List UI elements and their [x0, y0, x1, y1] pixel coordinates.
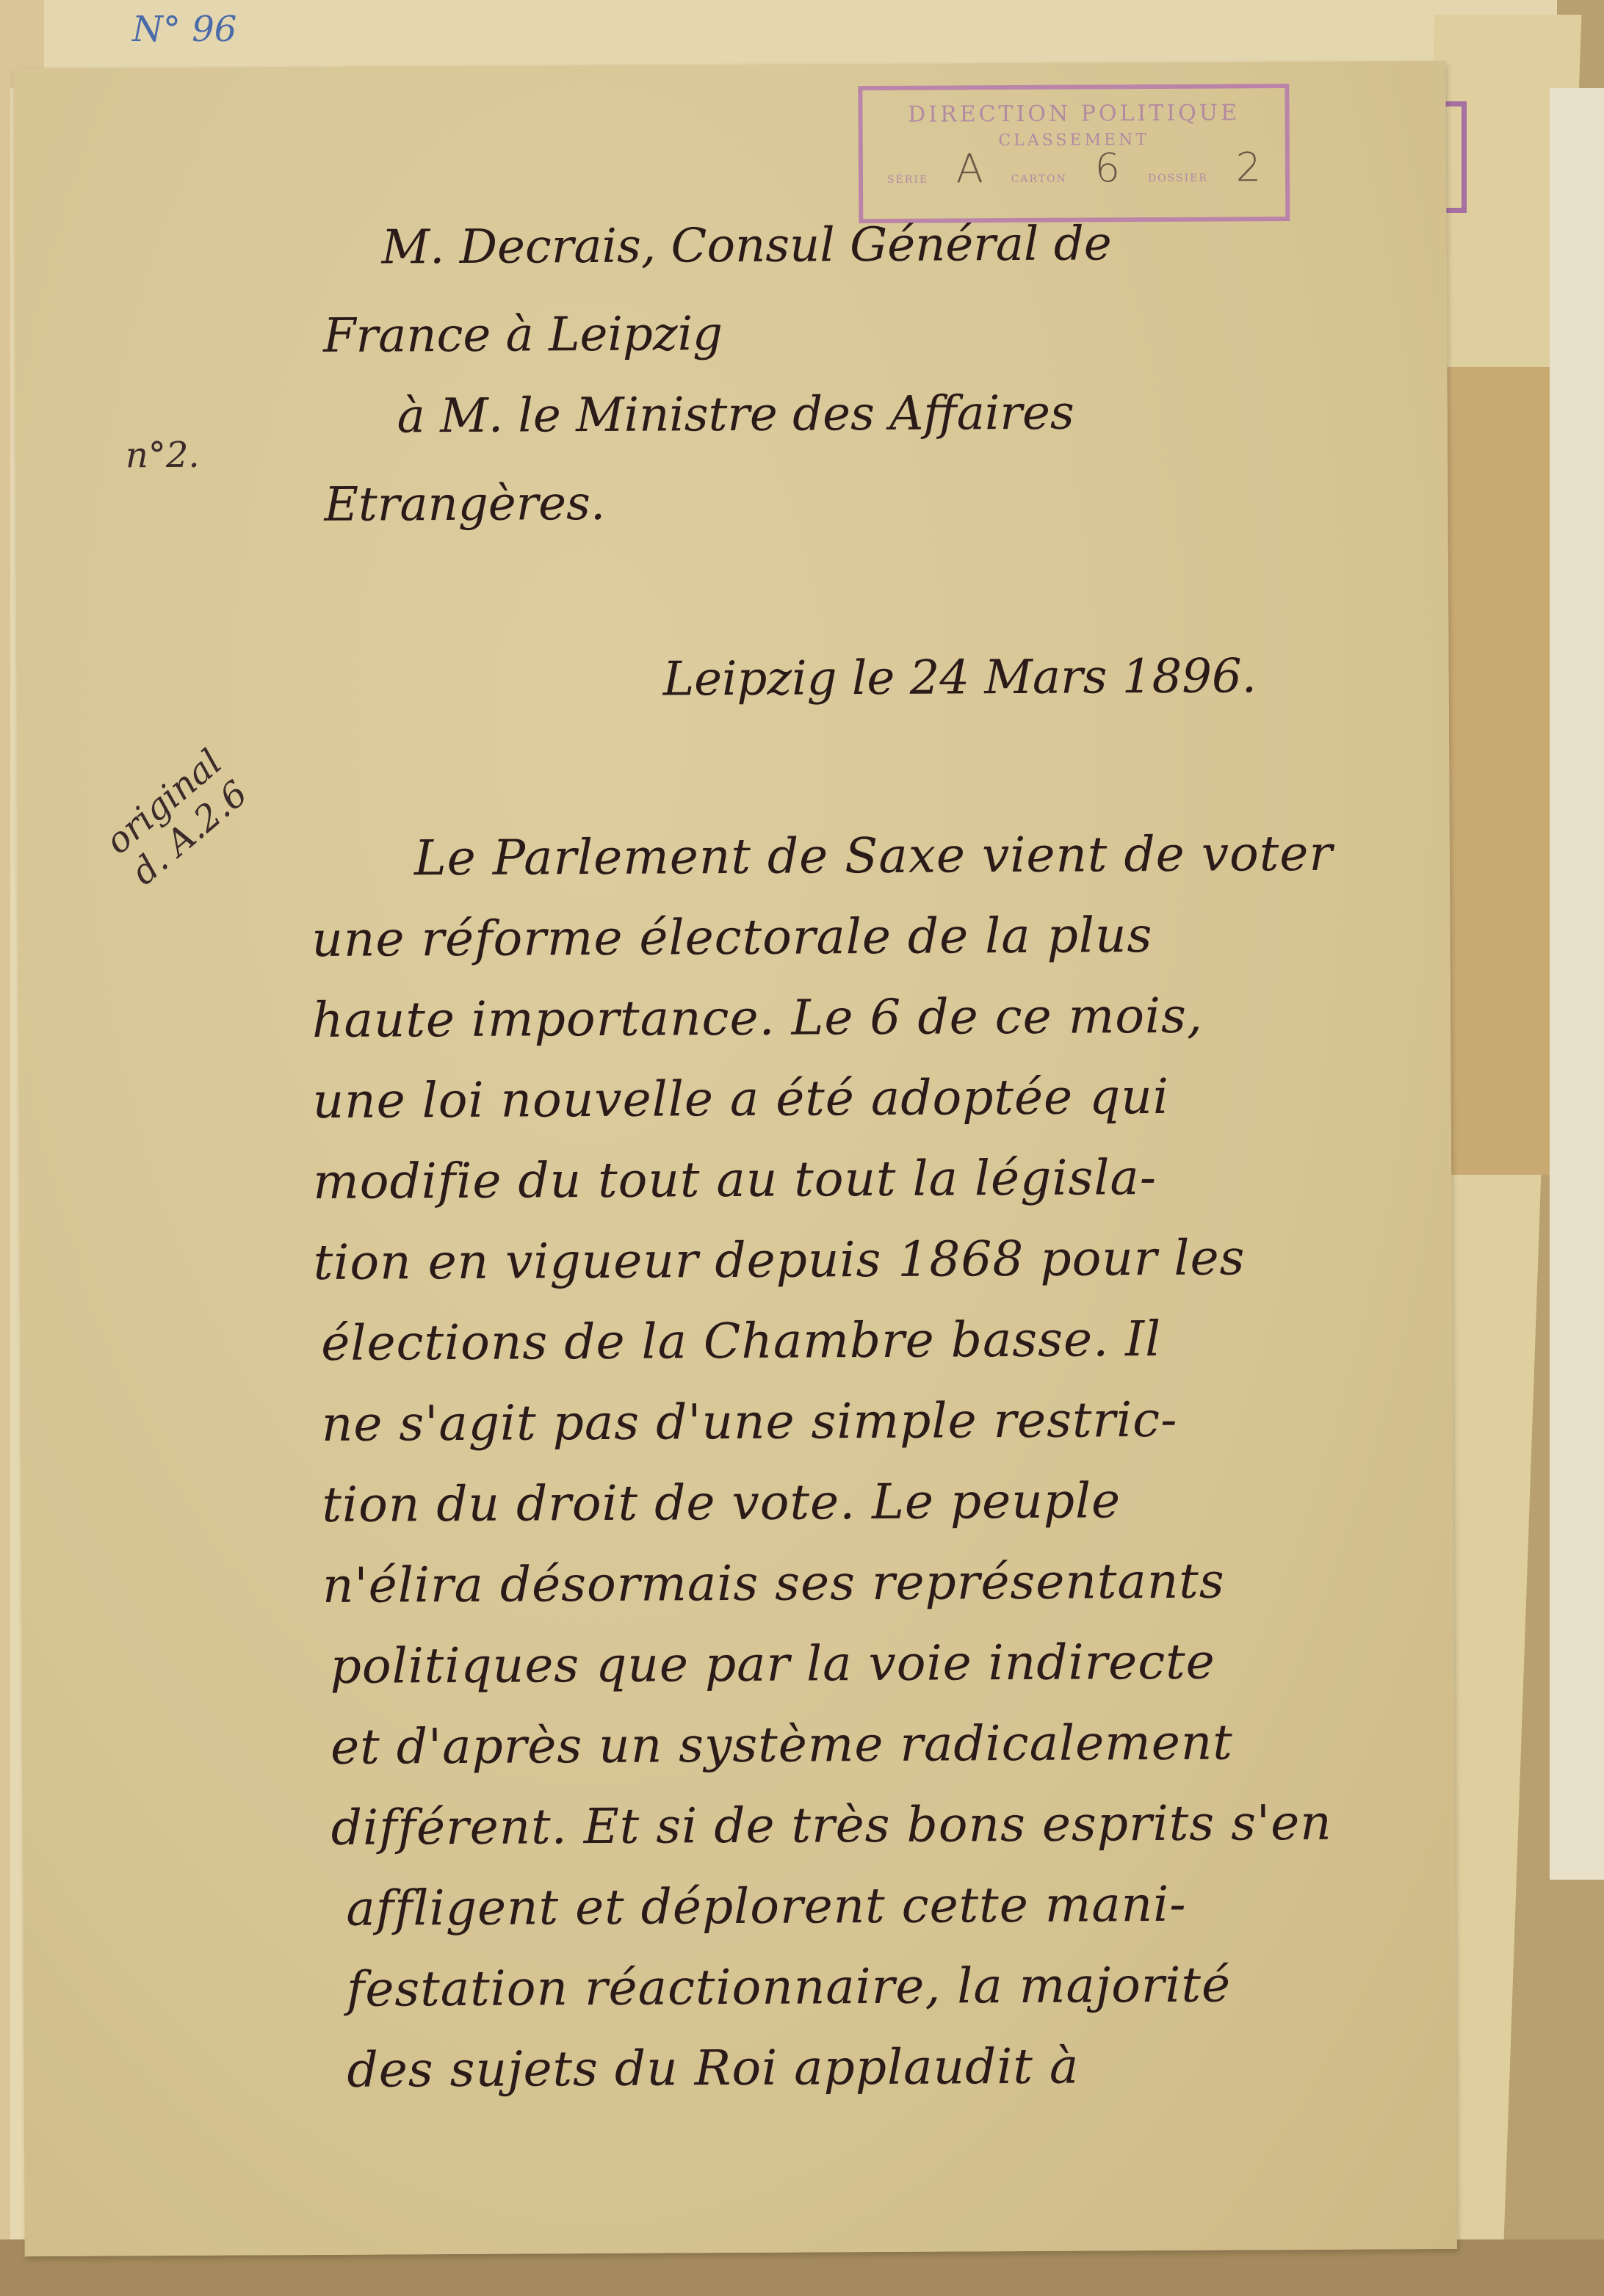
stamp-fields: SÉRIE A CARTON 6 DOSSIER 2 [863, 144, 1285, 192]
body-line: ne s'agit pas d'une simple restric- [322, 1391, 1178, 1452]
background-sheet [1550, 88, 1604, 1880]
header-line: France à Leipzig [323, 307, 723, 363]
stamp-title: DIRECTION POLITIQUE [862, 100, 1285, 128]
letter-page: DIRECTION POLITIQUE CLASSEMENT SÉRIE A C… [13, 61, 1457, 2256]
margin-note: original d. A.2.6 [98, 742, 256, 894]
body-line: une réforme électorale de la plus [311, 907, 1152, 968]
header-line: M. Decrais, Consul Général de [381, 217, 1111, 275]
stamp-carton-value: 6 [1094, 145, 1120, 191]
body-line: des sujets du Roi applaudit à [347, 2038, 1079, 2098]
body-line: n'élira désormais ses représentants [322, 1553, 1225, 1614]
background-scribble: N° 96 [132, 9, 236, 50]
body-line: Le Parlement de Saxe vient de voter [414, 825, 1333, 887]
header-line: à M. le Ministre des Affaires [397, 386, 1074, 444]
background-sheet [1439, 367, 1550, 1175]
stamp-serie-value: A [956, 145, 983, 192]
classification-stamp: DIRECTION POLITIQUE CLASSEMENT SÉRIE A C… [858, 84, 1290, 223]
body-line: modifie du tout au tout la législa- [313, 1149, 1157, 1210]
body-line: festation réactionnaire, la majorité [347, 1956, 1232, 2017]
stamp-dossier-value: 2 [1235, 144, 1261, 190]
stamp-serie-label: SÉRIE [887, 174, 928, 186]
body-line: haute importance. Le 6 de ce mois, [312, 988, 1203, 1049]
margin-number: n°2. [126, 435, 200, 477]
body-line: et d'après un système radicalement [330, 1714, 1233, 1775]
body-line: politiques que par la voie indirecte [330, 1634, 1215, 1695]
body-line: différent. Et si de très bons esprits s'… [331, 1795, 1332, 1856]
body-line: tion en vigueur depuis 1868 pour les [314, 1229, 1246, 1291]
stamp-dossier-label: DOSSIER [1148, 173, 1208, 184]
body-line: tion du droit de vote. Le peuple [322, 1472, 1121, 1533]
body-line: une loi nouvelle a été adoptée qui [312, 1068, 1169, 1129]
body-line: affligent et déplorent cette mani- [346, 1876, 1187, 1937]
body-line: élections de la Chambre basse. Il [321, 1311, 1161, 1372]
date-line: Leipzig le 24 Mars 1896. [662, 649, 1257, 706]
header-line: Etrangères. [324, 477, 605, 532]
stamp-carton-label: CARTON [1011, 173, 1067, 185]
